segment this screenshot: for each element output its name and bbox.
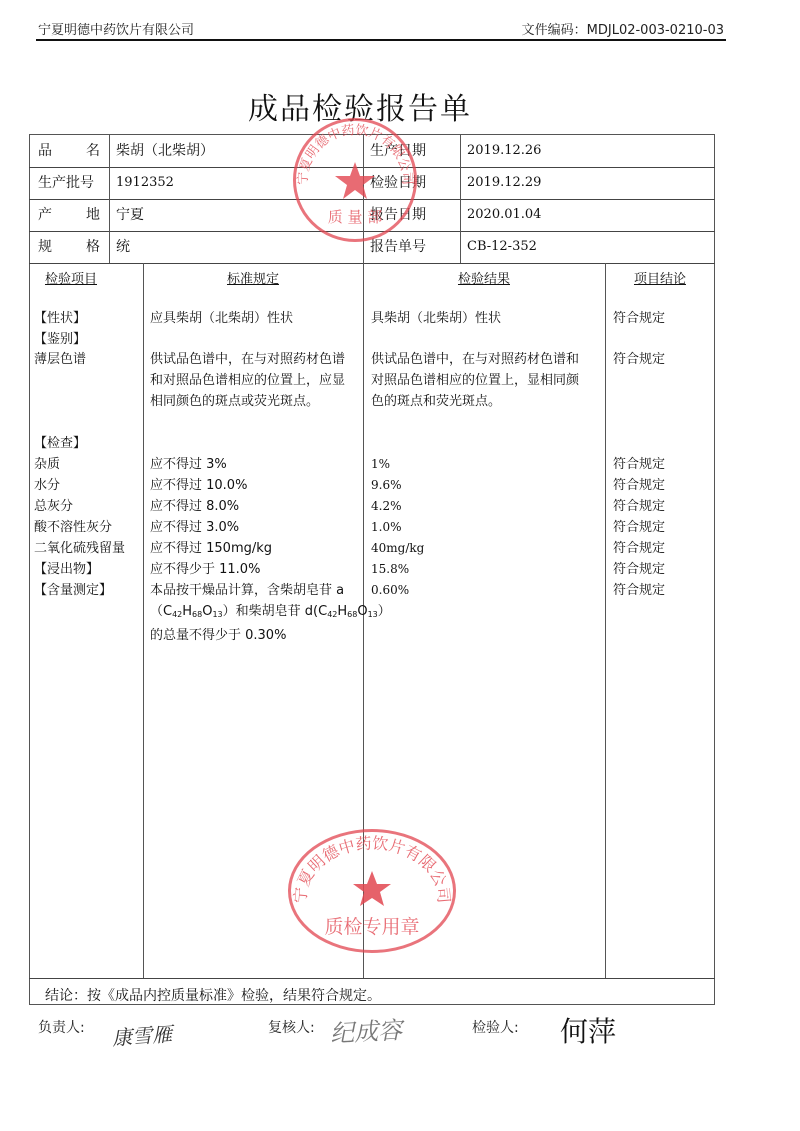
section-assay: 【含量测定】 [34, 580, 112, 601]
assay-standard: 本品按干燥品计算，含柴胡皂苷 a （C42H68O13）和柴胡皂苷 d(C42H… [150, 580, 391, 646]
check-result: 9.6% [371, 475, 402, 496]
spec: 统 [116, 237, 130, 257]
check-item: 酸不溶性灰分 [34, 517, 112, 538]
subscript: 42 [172, 610, 182, 619]
col-header-result: 检验结果 [363, 268, 605, 287]
col-header-standard: 标准规定 [143, 268, 363, 287]
test-date: 2019.12.29 [467, 173, 541, 193]
text-fragment: ） [378, 604, 391, 619]
signature-reviewer: 纪成容 [329, 1010, 403, 1049]
label-reviewer: 复核人: [268, 1017, 315, 1037]
text-line: 色的斑点和荧光斑点。 [371, 391, 579, 412]
check-result: 1.0% [371, 517, 402, 538]
extract-result: 15.8% [371, 559, 409, 580]
label-spec: 规格 [38, 237, 100, 257]
report-number: CB-12-352 [467, 237, 537, 257]
character-standard: 应具柴胡（北柴胡）性状 [150, 308, 293, 329]
text-fragment: O [357, 604, 367, 619]
text-line: 本品按干燥品计算，含柴胡皂苷 a [150, 580, 391, 601]
col-divider [363, 134, 364, 263]
text-line: 和对照品色谱相应的位置上，应显 [150, 370, 345, 391]
col-divider [143, 263, 144, 978]
signature-inspector: 何萍 [560, 1010, 616, 1050]
text-fragment: H [337, 604, 347, 619]
check-item: 总灰分 [34, 496, 73, 517]
document-code: 文件编码：MDJL02-003-0210-03 [522, 24, 724, 38]
check-result: 1% [371, 454, 390, 475]
subscript: 13 [368, 610, 378, 619]
check-standard: 应不得过 150mg/kg [150, 538, 272, 559]
assay-conclusion: 符合规定 [613, 580, 665, 601]
extract-standard: 应不得少于 11.0% [150, 559, 260, 580]
label-char: 地 [86, 205, 100, 225]
tlc-conclusion: 符合规定 [613, 349, 665, 370]
text-line: 对照品色谱相应的位置上，显相同颜 [371, 370, 579, 391]
header-divider [36, 39, 726, 41]
section-inspection: 【检查】 [34, 433, 86, 454]
text-line: （C42H68O13）和柴胡皂苷 d(C42H68O13） [150, 601, 391, 625]
check-conclusion: 符合规定 [613, 538, 665, 559]
signature-responsible: 康雪雁 [111, 1018, 173, 1051]
label-inspector: 检验人: [472, 1017, 519, 1037]
text-fragment: H [182, 604, 192, 619]
batch-number: 1912352 [116, 173, 174, 193]
subscript: 68 [192, 610, 202, 619]
label-report-date: 报告日期 [370, 205, 426, 225]
subscript: 13 [212, 610, 222, 619]
tlc-item: 薄层色谱 [34, 349, 86, 370]
label-char: 品 [38, 141, 52, 161]
check-conclusion: 符合规定 [613, 496, 665, 517]
extract-conclusion: 符合规定 [613, 559, 665, 580]
overall-conclusion: 结论：按《成品内控质量标准》检验，结果符合规定。 [45, 985, 381, 1005]
label-report-number: 报告单号 [370, 237, 426, 257]
text-fragment: O [202, 604, 212, 619]
section-identification: 【鉴别】 [34, 329, 86, 350]
text-fragment: ）和柴胡皂苷 d(C [223, 604, 328, 619]
col-header-conclusion: 项目结论 [605, 268, 715, 287]
check-conclusion: 符合规定 [613, 475, 665, 496]
page-header: 宁夏明德中药饮片有限公司 文件编码：MDJL02-003-0210-03 [36, 0, 726, 38]
company-name: 宁夏明德中药饮片有限公司 [38, 24, 194, 38]
check-conclusion: 符合规定 [613, 517, 665, 538]
row-divider [29, 199, 715, 200]
label-origin: 产地 [38, 205, 100, 225]
col-divider [605, 263, 606, 978]
label-responsible: 负责人: [38, 1017, 85, 1037]
text-line: 供试品色谱中，在与对照药材色谱和 [371, 349, 579, 370]
assay-result: 0.60% [371, 580, 409, 601]
character-result: 具柴胡（北柴胡）性状 [371, 308, 501, 329]
check-result: 4.2% [371, 496, 402, 517]
report-title: 成品检验报告单 [0, 84, 720, 128]
label-batch-number: 生产批号 [38, 173, 94, 193]
check-item: 水分 [34, 475, 60, 496]
subscript: 42 [327, 610, 337, 619]
text-line: 相同颜色的斑点或荧光斑点。 [150, 391, 345, 412]
text-line: 供试品色谱中，在与对照药材色谱 [150, 349, 345, 370]
label-test-date: 检验日期 [370, 173, 426, 193]
label-char: 名 [86, 141, 100, 161]
subscript: 68 [347, 610, 357, 619]
check-standard: 应不得过 3.0% [150, 517, 239, 538]
origin: 宁夏 [116, 205, 144, 225]
label-production-date: 生产日期 [370, 141, 426, 161]
product-name: 柴胡（北柴胡） [116, 141, 214, 161]
check-conclusion: 符合规定 [613, 454, 665, 475]
character-conclusion: 符合规定 [613, 308, 665, 329]
text-line: 的总量不得少于 0.30% [150, 625, 391, 646]
row-divider [29, 167, 715, 168]
row-divider [29, 231, 715, 232]
check-item: 二氧化硫残留量 [34, 538, 125, 559]
label-char: 规 [38, 237, 52, 257]
row-divider [29, 978, 715, 979]
check-standard: 应不得过 3% [150, 454, 227, 475]
section-extract: 【浸出物】 [34, 559, 99, 580]
check-standard: 应不得过 10.0% [150, 475, 247, 496]
production-date: 2019.12.26 [467, 141, 541, 161]
col-header-item: 检验项目 [29, 268, 113, 287]
check-standard: 应不得过 8.0% [150, 496, 239, 517]
label-char: 产 [38, 205, 52, 225]
row-divider [29, 263, 715, 264]
tlc-result: 供试品色谱中，在与对照药材色谱和 对照品色谱相应的位置上，显相同颜 色的斑点和荧… [371, 349, 579, 412]
label-char: 格 [86, 237, 100, 257]
text-fragment: （C [150, 604, 172, 619]
report-date: 2020.01.04 [467, 205, 541, 225]
label-product-name: 品名 [38, 141, 100, 161]
col-divider [109, 134, 110, 263]
check-result: 40mg/kg [371, 538, 424, 559]
section-character: 【性状】 [34, 308, 86, 329]
tlc-standard: 供试品色谱中，在与对照药材色谱 和对照品色谱相应的位置上，应显 相同颜色的斑点或… [150, 349, 345, 412]
col-divider [460, 134, 461, 263]
check-item: 杂质 [34, 454, 60, 475]
